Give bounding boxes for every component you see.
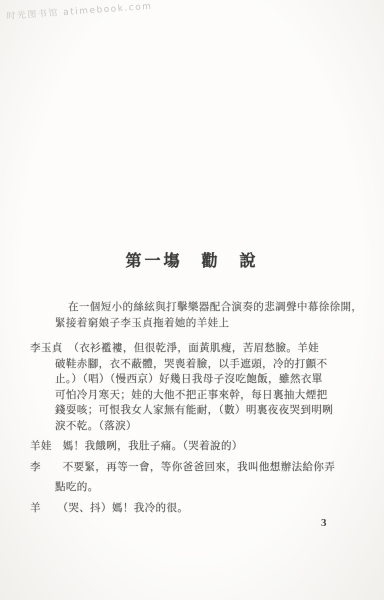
stage-direction: 在一個短小的絲絃與打擊樂器配合演奏的悲調聲中幕徐徐開， 緊接着窮娘子李玉貞拖着她… [0,300,384,332]
scene-title: 第一塲 勸 說 [0,248,384,271]
dialogue-line: 點吃的。 [55,478,384,499]
stage-direction-line: 緊接着窮娘子李玉貞拖着她的羊娃上 [55,316,384,332]
dialogue-line: 淚不乾。（落淚） [55,419,384,435]
watermark: 时光图书馆 atimebook.com [6,0,153,22]
dialogue-line: 李玉貞 （衣衫襤褸，但很乾淨，面黃肌瘦，苦眉愁臉。羊娃 [30,341,384,357]
page-number: 3 [321,517,327,529]
dialogue-line: 羊 （哭、抖）媽！我冷的很。 [30,499,384,520]
dialogue-block-children: 羊娃 媽！我餓咧，我肚子痛。（哭着說的） 李 不要緊，再等一會，等你爸爸回來，我… [0,437,384,519]
dialogue-line: 羊娃 媽！我餓咧，我肚子痛。（哭着說的） [30,437,384,458]
dialogue-line: 李 不要緊，再等一會，等你爸爸回來，我叫他想辦法給你弄 [30,458,384,479]
dialogue-block-li-yuzhen: 李玉貞 （衣衫襤褸，但很乾淨，面黃肌瘦，苦眉愁臉。羊娃 破鞋赤腳，衣不蔽體，哭喪… [0,341,384,435]
dialogue-line: 破鞋赤腳，衣不蔽體，哭喪着臉，以手遮頭，冷的打顫不 [55,357,384,373]
stage-direction-line: 在一個短小的絲絃與打擊樂器配合演奏的悲調聲中幕徐徐開， [68,300,384,316]
scanned-book-page: 时光图书馆 atimebook.com 第一塲 勸 說 在一個短小的絲絃與打擊樂… [0,0,384,600]
dialogue-line: 可怕冷月寒天；娃的大他不把正事來幹，每日裏抽大煙把 [55,388,384,404]
dialogue-line: 止。）（唱）（慢西京）好幾日我母子沒吃飽飯，雖然衣單 [55,372,384,388]
dialogue-line: 錢耍咳；可恨我女人家無有能耐，（數）明裏夜夜哭到明咧 [55,403,384,419]
